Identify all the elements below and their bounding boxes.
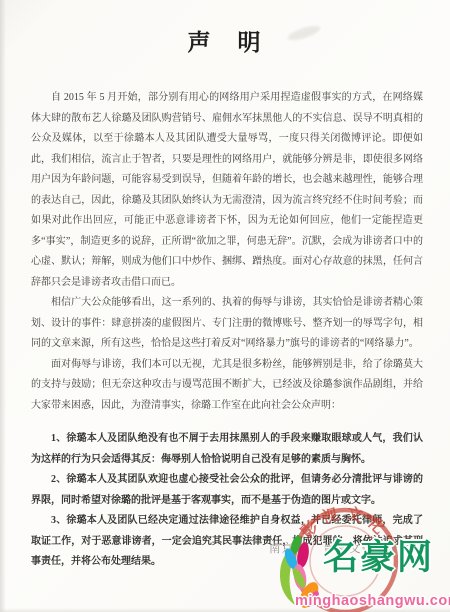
- paragraph-analysis: 相信广大公众能够看出，这一系列的、执着的侮辱与诽谤，其实恰恰是诽谤者精心策划、设…: [31, 293, 423, 355]
- watermark-site-name: 名豪网: [323, 539, 434, 577]
- watermark-site-url: minghaoshangwu.com: [295, 593, 450, 609]
- paragraph-declaration-lead: 面对侮辱与诽谤，我们本可以无视，尤其是很多粉丝，能够辨别是非，给了徐璐莫大的支持…: [31, 355, 423, 417]
- statement-item-1: 1、徐璐本人及团队绝没有也不屑于去用抹黑别人的手段来赚取眼球或人气，我们认为这样…: [31, 429, 423, 470]
- paper-left-edge-shadow: [0, 0, 6, 612]
- paragraph-intro: 自 2015 年 5 月开始，部分别有用心的网络用户采用捏造虚假事实的方式，在网…: [31, 88, 423, 293]
- statement-document-photo: 声 明 自 2015 年 5 月开始，部分别有用心的网络用户采用捏造虚假事实的方…: [0, 0, 450, 612]
- document-title: 声 明: [0, 24, 450, 57]
- minghao-watermark: 名豪网 minghaoshangwu.com: [273, 533, 449, 611]
